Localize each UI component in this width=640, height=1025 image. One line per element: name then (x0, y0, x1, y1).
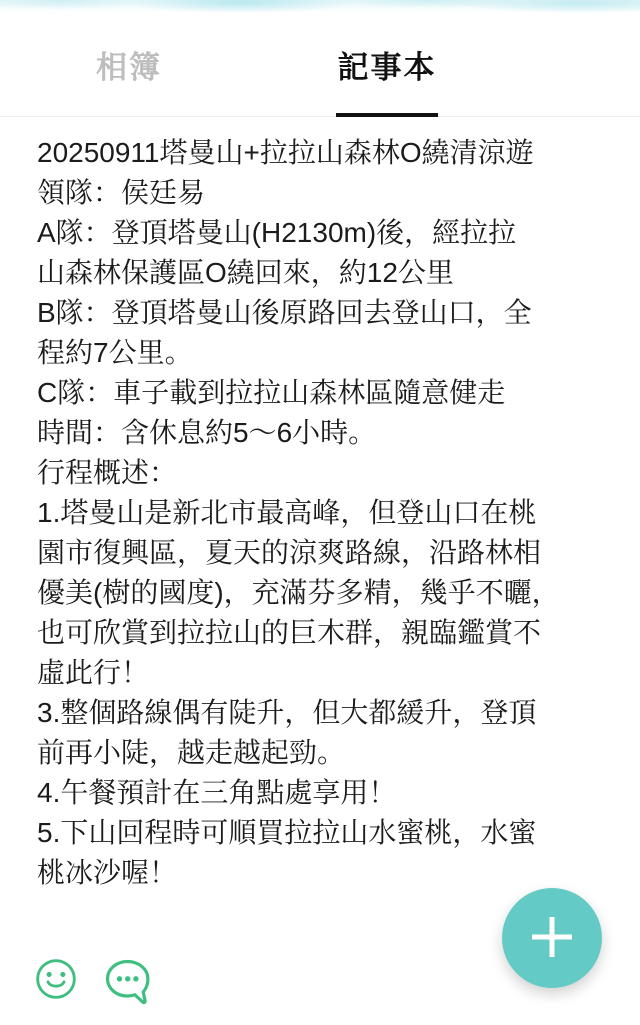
note-line: 3.整個路線偶有陡升，但大都緩升，登頂 (37, 693, 610, 733)
notes-screen: 相簿 記事本 20250911塔曼山+拉拉山森林O繞清涼遊 領隊：侯廷易 A隊：… (0, 0, 640, 1025)
note-line: 虛此行！ (37, 653, 610, 693)
chat-bubble-icon (104, 996, 152, 1011)
plus-icon (529, 914, 575, 963)
tab-album[interactable]: 相簿 (0, 12, 258, 116)
note-line: 優美(樹的國度)，充滿芬多精，幾乎不曬， (37, 573, 610, 613)
note-line: 山森林保護區O繞回來，約12公里 (37, 253, 610, 293)
reaction-bar (35, 958, 152, 1011)
note-line: 時間：含休息約5～6小時。 (37, 413, 610, 453)
note-line: 行程概述： (37, 453, 610, 493)
note-line: 也可欣賞到拉拉山的巨木群，親臨鑑賞不 (37, 613, 610, 653)
note-post[interactable]: 20250911塔曼山+拉拉山森林O繞清涼遊 領隊：侯廷易 A隊：登頂塔曼山(H… (37, 133, 610, 893)
note-line: A隊：登頂塔曼山(H2130m)後，經拉拉 (37, 213, 610, 253)
add-note-button[interactable] (502, 888, 602, 988)
smiley-icon (35, 988, 77, 1003)
note-line: 20250911塔曼山+拉拉山森林O繞清涼遊 (37, 133, 610, 173)
tab-notes[interactable]: 記事本 (258, 12, 516, 116)
note-line: 5.下山回程時可順買拉拉山水蜜桃，水蜜 (37, 813, 610, 853)
smiley-reaction-button[interactable] (35, 958, 77, 1003)
note-line: 園市復興區，夏天的涼爽路線，沿路林相 (37, 533, 610, 573)
tab-bar: 相簿 記事本 (0, 12, 640, 117)
active-tab-underline (336, 113, 438, 117)
note-line: 領隊：侯廷易 (37, 173, 610, 213)
note-line: C隊：車子載到拉拉山森林區隨意健走 (37, 373, 610, 413)
tab-album-label: 相簿 (96, 42, 162, 87)
note-line: 1.塔曼山是新北市最高峰，但登山口在桃 (37, 493, 610, 533)
comment-button[interactable] (104, 958, 152, 1011)
note-line: 程約7公里。 (37, 333, 610, 373)
note-line: 4.午餐預計在三角點處享用！ (37, 773, 610, 813)
note-line: B隊：登頂塔曼山後原路回去登山口，全 (37, 293, 610, 333)
tab-notes-label: 記事本 (338, 42, 437, 87)
note-line: 桃冰沙喔！ (37, 853, 610, 893)
note-line: 前再小陡，越走越起勁。 (37, 733, 610, 773)
